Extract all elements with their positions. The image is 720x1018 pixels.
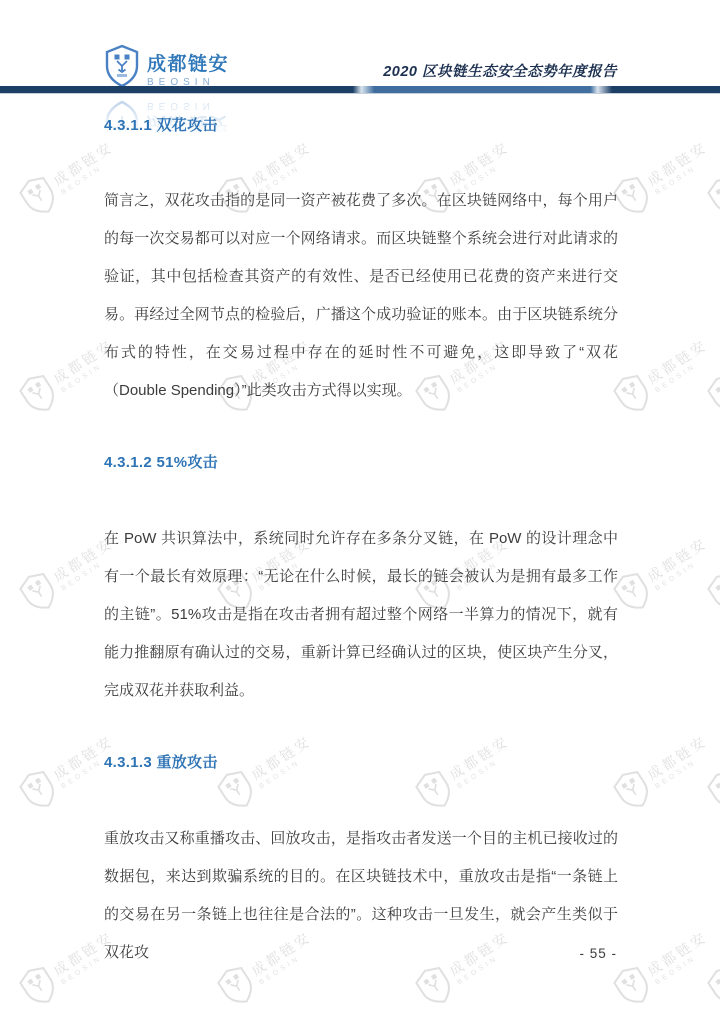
section-heading-51-percent: 4.3.1.2 51%攻击 bbox=[104, 453, 618, 473]
paragraph-replay: 重放攻击又称重播攻击、回放攻击，是指攻击者发送一个目的主机已接收过的数据包，来达… bbox=[104, 820, 618, 972]
report-page: 成都链安BEOSIN成都链安BEOSIN成都链安BEOSIN成都链安BEOSIN… bbox=[0, 0, 720, 1018]
section-heading-double-spend: 4.3.1.1 双花攻击 bbox=[104, 116, 618, 136]
paragraph-51-percent: 在 PoW 共识算法中，系统同时允许存在多条分叉链，在 PoW 的设计理念中有一… bbox=[104, 520, 618, 710]
page-content: 4.3.1.1 双花攻击 简言之，双花攻击指的是同一资产被花费了多次。在区块链网… bbox=[0, 0, 720, 1018]
section-heading-replay: 4.3.1.3 重放攻击 bbox=[104, 753, 618, 773]
page-number: - 55 - bbox=[579, 946, 617, 961]
paragraph-double-spend: 简言之，双花攻击指的是同一资产被花费了多次。在区块链网络中，每个用户的每一次交易… bbox=[104, 182, 618, 410]
